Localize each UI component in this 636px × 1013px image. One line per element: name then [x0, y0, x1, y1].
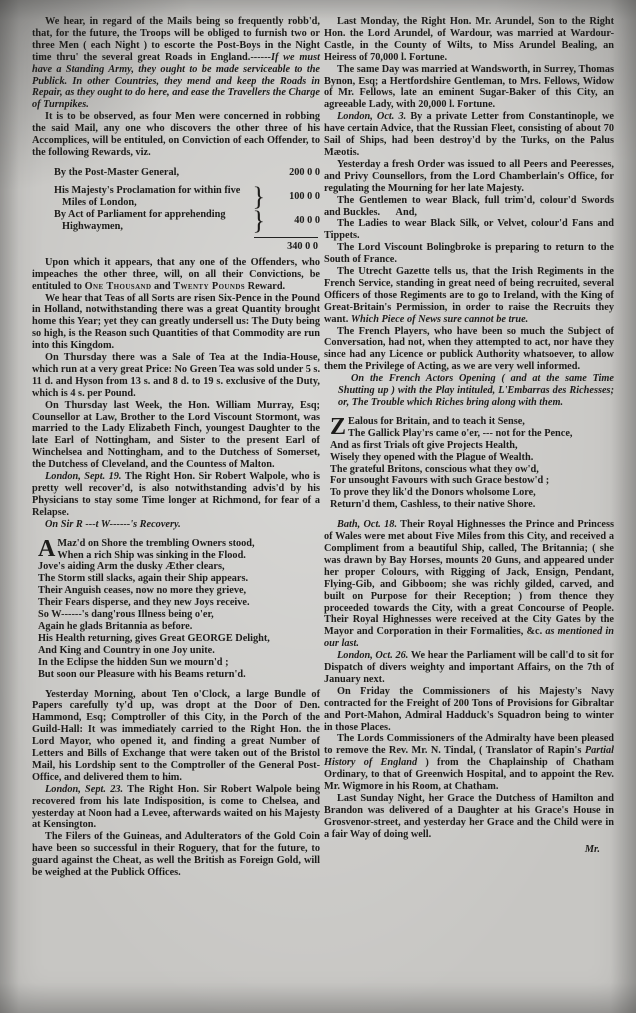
paragraph-text: Reward.: [245, 281, 285, 292]
reward-amount: 100 0 0: [268, 191, 320, 203]
news-paragraph-russian-fleet: London, Oct. 3. By a private Letter from…: [324, 111, 614, 159]
table-row: His Majesty's Proclamation for within fi…: [50, 185, 320, 209]
news-paragraph-walpole-recovery: London, Sept. 19. The Right Hon. Sir Rob…: [32, 471, 320, 519]
poem-line: Their Fears disperse, and they new Joys …: [38, 597, 320, 609]
right-column: Last Monday, the Right Hon. Mr. Arundel,…: [324, 16, 614, 879]
news-paragraph-bath-royal: Bath, Oct. 18. Their Royal Highnesses th…: [324, 519, 614, 650]
poem-line: So W------'s dang'rous Illness being o'e…: [38, 609, 320, 621]
poem-line: But soon our Pleasure with his Beams ret…: [38, 669, 320, 681]
news-paragraph-navy-freight: On Friday the Commissioners of his Majes…: [324, 686, 614, 734]
poem-line: Again he glads Britannia as before.: [38, 621, 320, 633]
two-column-layout: We hear, in regard of the Mails being so…: [0, 0, 636, 879]
poem-line: Jove's aiding Arm the dusky Æther clears…: [38, 561, 320, 573]
rewards-total: 340 0 0: [254, 237, 318, 253]
news-paragraph-tea-sale: On Thursday there was a Sale of Tea at t…: [32, 352, 320, 400]
news-paragraph-mourning-order: Yesterday a fresh Order was issued to al…: [324, 159, 614, 195]
poem-line: His Health returning, gives Great GEORGE…: [38, 633, 320, 645]
poem-line: For unsought Favours with such Grace bes…: [330, 475, 614, 487]
table-row: By the Post-Master General, } 200 0 0: [50, 161, 320, 185]
news-paragraph-bynon: The same Day was married at Wandsworth, …: [324, 64, 614, 112]
reward-amount: 200 0 0: [268, 167, 320, 179]
smallcaps-amount: Twenty Pounds: [173, 281, 245, 292]
poem-line: To prove they lik'd the Donors wholsome …: [330, 487, 614, 499]
drop-cap: Z: [330, 416, 348, 438]
news-paragraph-offenders: Upon which it appears, that any one of t…: [32, 257, 320, 293]
poem-line: The grateful Britons, conscious what the…: [330, 464, 614, 476]
poem-line: And as first Trials oft give Projects He…: [330, 440, 614, 452]
news-paragraph-dutchess: Last Sunday Night, her Grace the Dutches…: [324, 793, 614, 841]
poem-line: Their Anguish ceases, now no more they g…: [38, 585, 320, 597]
news-paragraph-mails: We hear, in regard of the Mails being so…: [32, 16, 320, 111]
news-paragraph-gentlemen: The Gentlemen to wear Black, full trim'd…: [324, 195, 614, 219]
table-row: By Act of Parliament for apprehending Hi…: [50, 209, 320, 233]
news-paragraph-walpole-levee: London, Sept. 23. The Right Hon. Sir Rob…: [32, 784, 320, 832]
drop-cap: A: [38, 538, 57, 560]
poem-line: When a rich Ship was sinking in the Floo…: [57, 550, 320, 562]
poem-recovery: A Maz'd on Shore the trembling Owners st…: [38, 538, 320, 681]
editorial-italic-text: Which Piece of News sure cannot be true.: [351, 314, 528, 325]
poem-line: Maz'd on Shore the trembling Owners stoo…: [57, 538, 320, 550]
poem-line: Return'd them, Cashless, to their native…: [330, 499, 614, 511]
poem-heading: On the French Actors Opening ( and at th…: [324, 373, 614, 409]
left-column: We hear, in regard of the Mails being so…: [32, 16, 320, 879]
poem-french-actors: Z Ealous for Britain, and to teach it Se…: [330, 416, 614, 511]
reward-amount: 40 0 0: [268, 215, 320, 227]
paragraph-text: and: [151, 281, 173, 292]
news-paragraph-ladies: The Ladies to wear Black Silk, or Velvet…: [324, 218, 614, 242]
newspaper-page: We hear, in regard of the Mails being so…: [0, 0, 636, 1013]
news-paragraph-utrecht: The Utrecht Gazette tells us, that the I…: [324, 266, 614, 326]
poem-line: Wisely they opened with the Plague of We…: [330, 452, 614, 464]
reward-label: His Majesty's Proclamation for within fi…: [50, 185, 250, 209]
news-paragraph-bundle: Yesterday Morning, about Ten o'Clock, a …: [32, 689, 320, 784]
dateline: London, Sept. 23.: [45, 784, 123, 795]
news-paragraph-parliament: London, Oct. 26. We hear the Parliament …: [324, 650, 614, 686]
poem-heading: On Sir R ---t W------'s Recovery.: [32, 519, 320, 531]
dateline: London, Oct. 3.: [337, 111, 406, 122]
dateline: London, Oct. 26.: [337, 650, 408, 661]
reward-label: By the Post-Master General,: [50, 167, 257, 179]
news-paragraph-french-players: The French Players, who have been so muc…: [324, 326, 614, 374]
paragraph-text: Their Royal Highnesses the Prince and Pr…: [324, 519, 614, 637]
news-paragraph-bolingbroke: The Lord Viscount Bolingbroke is prepari…: [324, 242, 614, 266]
poem-line: And King and Country in one Joy unite.: [38, 645, 320, 657]
smallcaps-amount: One Thousand: [85, 281, 152, 292]
news-paragraph-arundel: Last Monday, the Right Hon. Mr. Arundel,…: [324, 16, 614, 64]
brace-glyph: }: [250, 209, 268, 233]
poem-line: In the Eclipse the hidden Sun we mourn'd…: [38, 657, 320, 669]
dateline: London, Sept. 19.: [45, 471, 122, 482]
news-paragraph-admiralty: The Lords Commissioners of the Admiralty…: [324, 733, 614, 793]
news-paragraph-observed: It is to be observed, as four Men were c…: [32, 111, 320, 159]
reward-label: By Act of Parliament for apprehending Hi…: [50, 209, 250, 233]
poem-line: The Storm still slacks, again their Ship…: [38, 573, 320, 585]
news-paragraph-teas: We hear that Teas of all Sorts are risen…: [32, 293, 320, 353]
poem-line: Ealous for Britain, and to teach it Sens…: [348, 416, 614, 428]
dateline: Bath, Oct. 18.: [337, 519, 397, 530]
catchword: Mr.: [324, 844, 600, 856]
news-paragraph-filers: The Filers of the Guineas, and Adulterat…: [32, 831, 320, 879]
rewards-table: By the Post-Master General, } 200 0 0 Hi…: [50, 161, 320, 253]
news-paragraph-murray-marriage: On Thursday last Week, the Hon. William …: [32, 400, 320, 471]
poem-line: The Gallick Play'rs came o'er, --- not f…: [348, 428, 614, 440]
paragraph-text: The Lords Commissioners of the Admiralty…: [324, 733, 614, 756]
